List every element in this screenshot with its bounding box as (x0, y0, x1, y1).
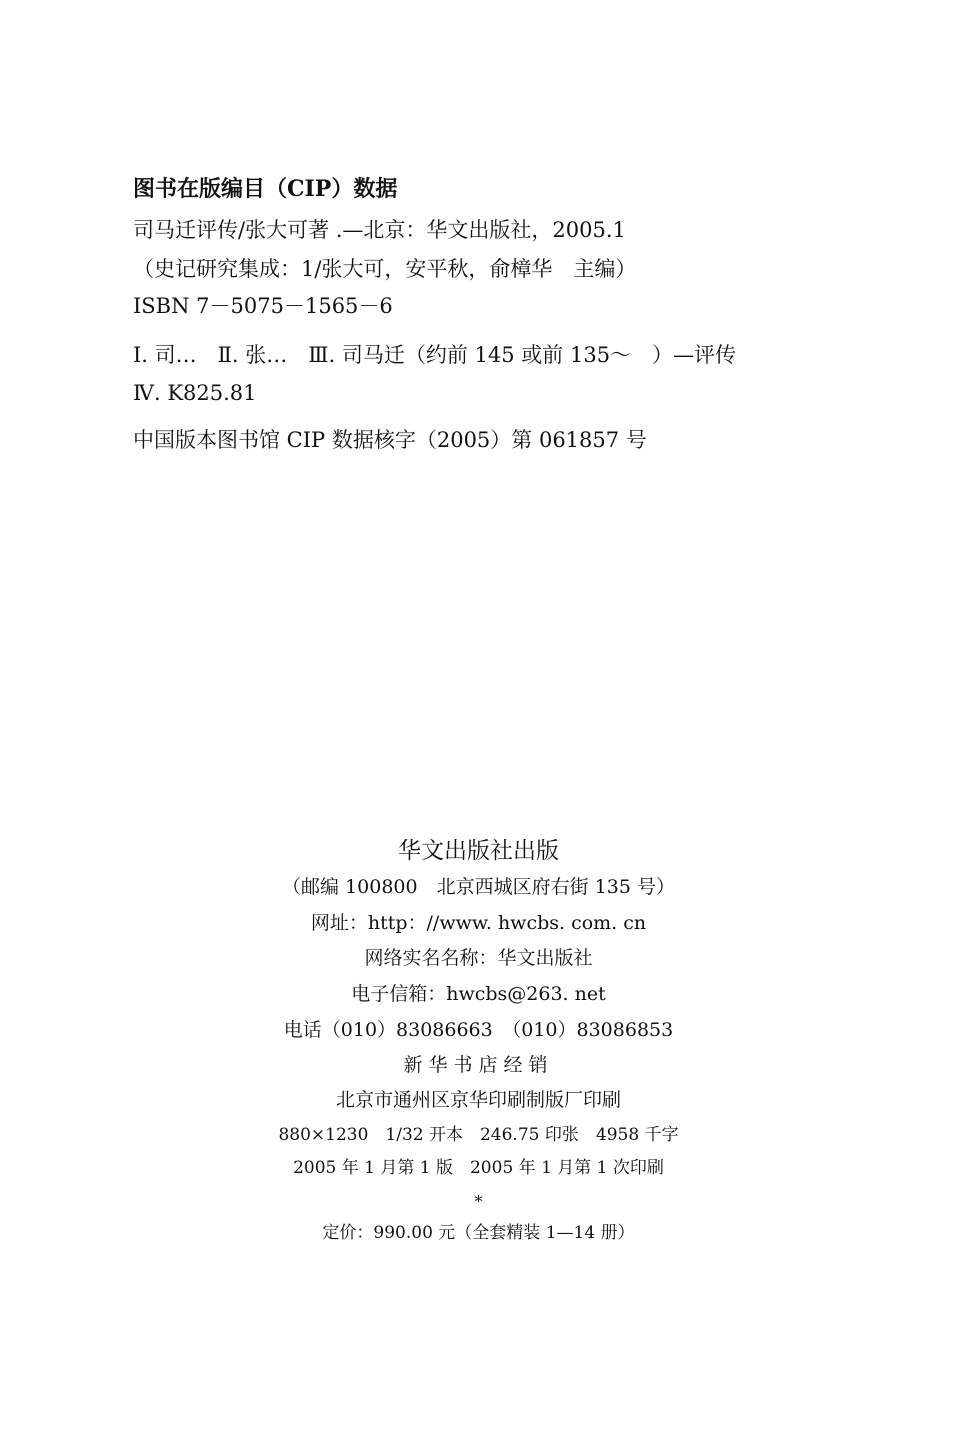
cip-title: 图书在版编目（CIP）数据 (133, 178, 397, 200)
publisher-website: 网址：http：//www. hwcbs. com. cn (0, 914, 957, 933)
cip-data-number: 中国版本图书馆 CIP 数据核字（2005）第 061857 号 (133, 430, 647, 451)
separator-asterisk: * (0, 1194, 957, 1210)
cip-classification-number: Ⅳ. K825.81 (133, 383, 257, 404)
cip-classification: Ⅰ. 司… Ⅱ. 张… Ⅲ. 司马迁（约前 145 或前 135～ ）—评传 (133, 345, 736, 366)
cip-isbn: ISBN 7－5075－1565－6 (133, 296, 393, 317)
publisher-address: （邮编 100800 北京西城区府右街 135 号） (0, 878, 957, 897)
book-specs: 880×1230 1/32 开本 246.75 印张 4958 千字 (0, 1127, 957, 1144)
edition-info: 2005 年 1 月第 1 版 2005 年 1 月第 1 次印刷 (0, 1160, 957, 1177)
printer: 北京市通州区京华印刷制版厂印刷 (0, 1091, 957, 1110)
publisher-web-name: 网络实名名称：华文出版社 (0, 949, 957, 968)
publisher-email: 电子信箱：hwcbs@263. net (0, 985, 957, 1004)
distributor: 新华书店经销 (0, 1056, 957, 1075)
cip-series-entry: （史记研究集成：1/张大可，安平秋，俞樟华 主编） (133, 259, 636, 280)
cip-book-entry: 司马迁评传/张大可著 .—北京：华文出版社，2005.1 (133, 220, 626, 241)
publisher-phone: 电话（010）83086663 （010）83086853 (0, 1021, 957, 1040)
price: 定价：990.00 元（全套精装 1—14 册） (0, 1225, 957, 1242)
publisher-name: 华文出版社出版 (0, 840, 957, 863)
